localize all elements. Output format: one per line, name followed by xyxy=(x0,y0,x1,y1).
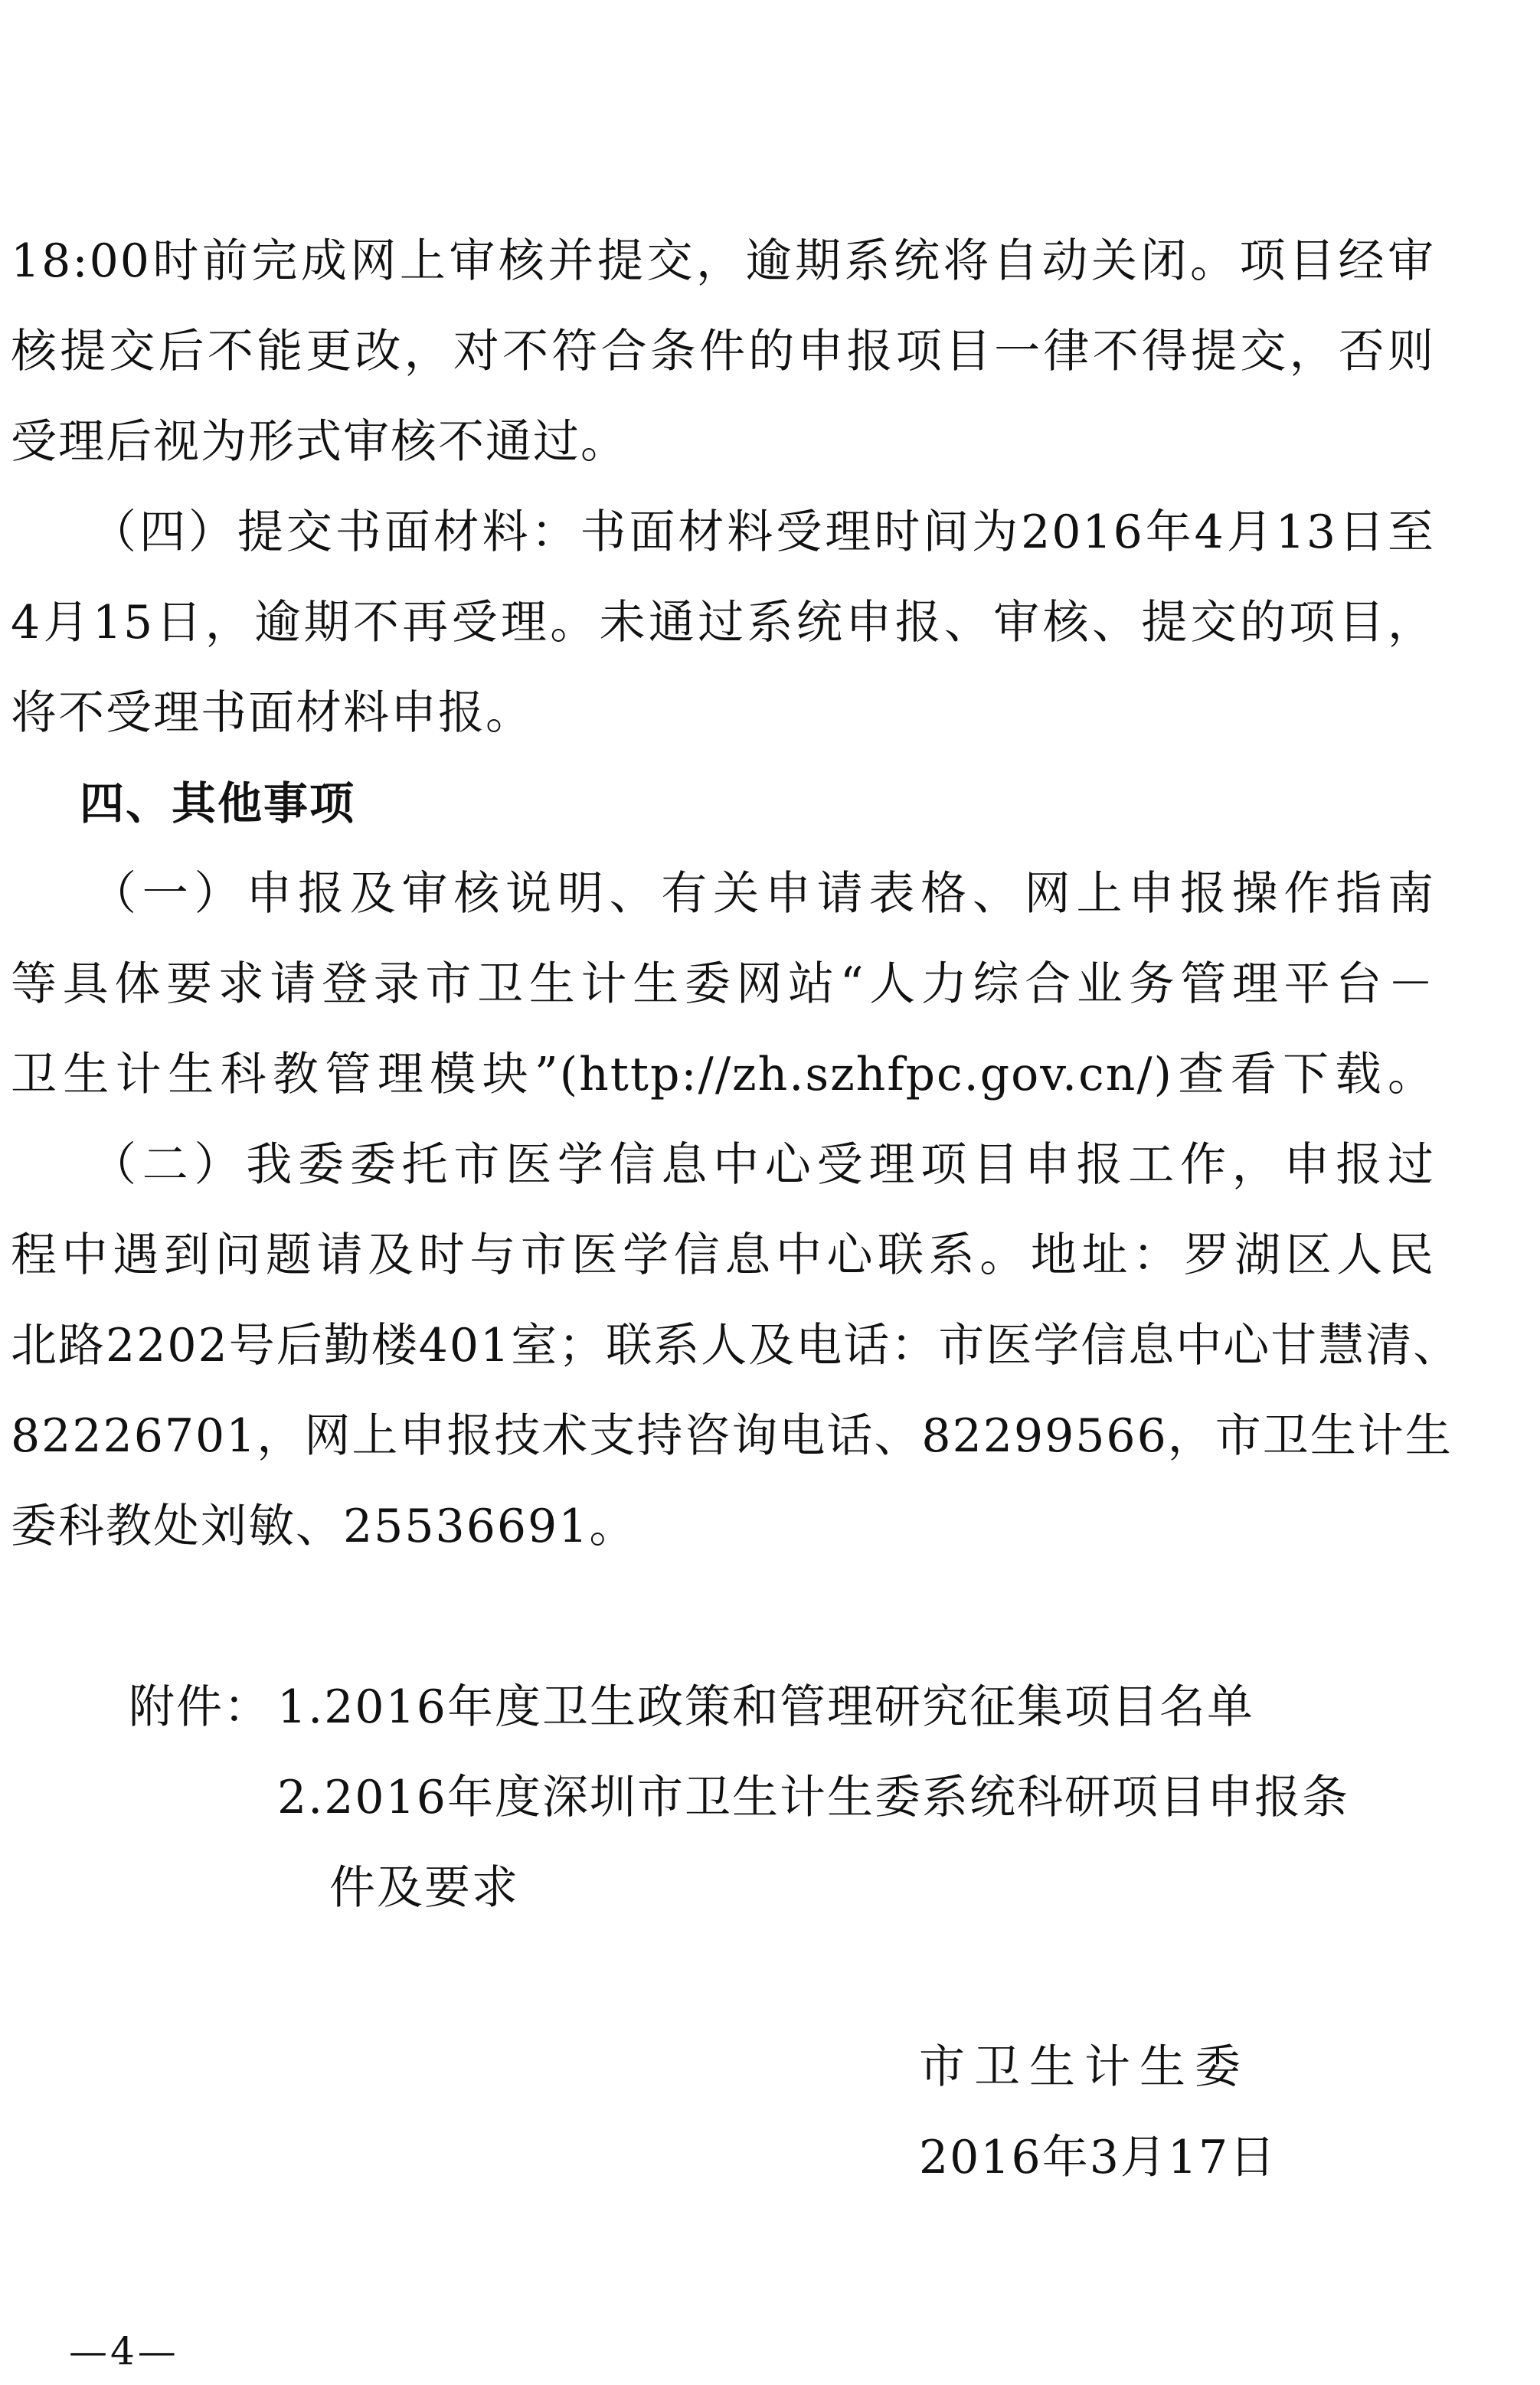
paragraph-line: （一）申报及审核说明、有关申请表格、网上申报操作指南 xyxy=(90,849,1435,939)
paragraph-line: 82226701，网上申报技术支持咨询电话、82299566，市卫生计生 xyxy=(11,1391,1435,1481)
paragraph-line: 程中遇到问题请及时与市医学信息中心联系。地址：罗湖区人民 xyxy=(11,1210,1435,1300)
attachment-item: 2.2016年度深圳市卫生计生委系统科研项目申报条 xyxy=(277,1752,1349,1843)
paragraph-line: 北路2202号后勤楼401室；联系人及电话：市医学信息中心甘慧清、 xyxy=(11,1300,1435,1391)
attachments-label: 附件： xyxy=(129,1662,271,1752)
paragraph-line: 4月15日，逾期不再受理。未通过系统申报、审核、提交的项目， xyxy=(11,577,1435,668)
attachment-item: 1.2016年度卫生政策和管理研究征集项目名单 xyxy=(277,1662,1254,1752)
paragraph-line: 卫生计生科教管理模块”(http://zh.szhfpc.gov.cn/)查看下… xyxy=(11,1029,1435,1120)
paragraph-line: 将不受理书面材料申报。 xyxy=(11,668,533,758)
page-number: —4— xyxy=(69,2328,179,2374)
paragraph-line: （四）提交书面材料：书面材料受理时间为2016年4月13日至 xyxy=(90,487,1435,577)
attachment-item-continuation: 件及要求 xyxy=(329,1843,519,1933)
document-page: 18:00时前完成网上审核并提交，逾期系统将自动关闭。项目经审 核提交后不能更改… xyxy=(0,0,1540,2385)
paragraph-line: 委科教处刘敏、25536691。 xyxy=(11,1481,636,1572)
paragraph-line: 受理后视为形式审核不通过。 xyxy=(11,397,628,487)
paragraph-line: 18:00时前完成网上审核并提交，逾期系统将自动关闭。项目经审 xyxy=(11,216,1435,306)
paragraph-line: 等具体要求请登录市卫生计生委网站“人力综合业务管理平台－ xyxy=(11,939,1435,1029)
paragraph-line: 核提交后不能更改，对不符合条件的申报项目一律不得提交，否则 xyxy=(11,306,1435,397)
section-heading: 四、其他事项 xyxy=(80,758,355,849)
paragraph-line: （二）我委委托市医学信息中心受理项目申报工作，申报过 xyxy=(90,1120,1435,1210)
signature-date: 2016年3月17日 xyxy=(919,2112,1277,2203)
signature-organization: 市卫生计生委 xyxy=(919,2022,1250,2112)
